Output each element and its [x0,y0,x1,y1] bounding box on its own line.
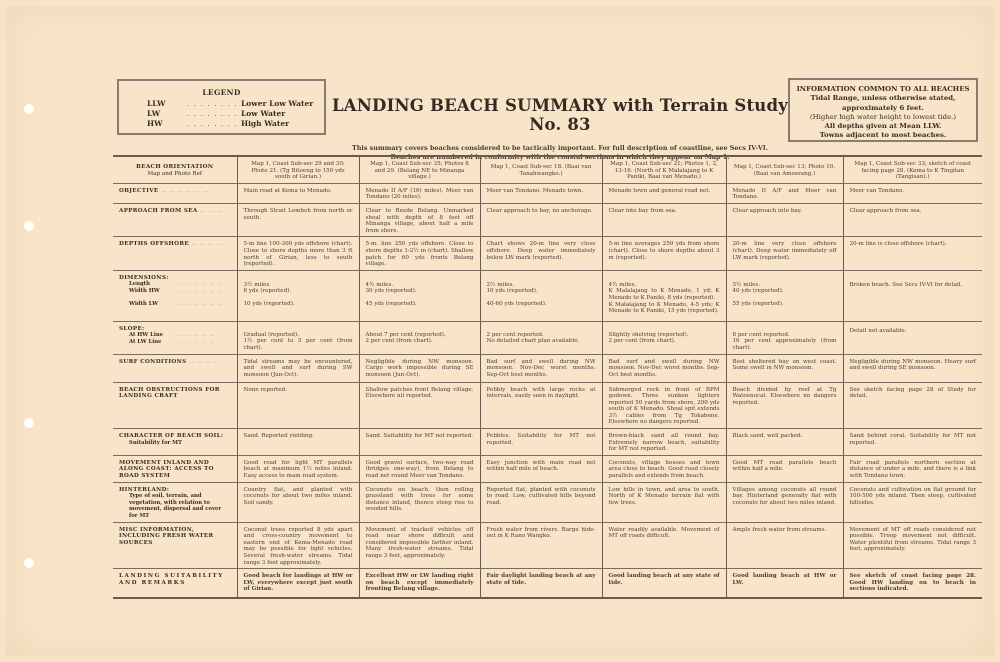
table-cell: Sand. Reported yielding. [237,429,359,456]
table-cell: Clear approach to bay, no anchorage. [480,203,602,236]
table-cell: Excellent HW or LW landing right on beac… [359,569,480,598]
table-cell: Menado II A/F and Meer van Tondano. [726,183,843,203]
table-cell: Country flat, and planted with coconuts … [237,482,359,522]
column-header: Map 1, Coast Sub-sec 29 and 30; Photo 21… [237,156,359,183]
table-cell: Detail not available. [843,321,982,354]
table-cell: 5-m line averages 250 yds from shore (ch… [602,237,726,270]
table-row-landing: LANDING SUITABILITY AND REMARKS Good bea… [113,569,982,598]
table-cell: Clear into bay from sea. [602,203,726,236]
table-cell: Good road for light MT parallels beach a… [237,455,359,482]
column-header: Map 1, Coast Sub-sec 35; Photos 8 and 29… [359,156,480,183]
table-cell: Good landing beach at HW or LW. [726,569,843,598]
table-cell: Tidal streams may be encountered, and sw… [237,354,359,382]
table-row-misc: MISC INFORMATION, INCLUDING FRESH WATER … [113,522,982,569]
table-cell: Fair daylight landing beach at any state… [480,569,602,598]
table-row-approach: APPROACH FROM SEA .. .. .. Through Strai… [113,203,982,236]
title-block: LANDING BEACH SUMMARY with Terrain Study… [330,96,790,162]
table-row-slope: SLOPE: At HW Line.. .. .. .. .. At LW Li… [113,321,982,354]
table-cell: Bad surf and swell during NW monsoon. No… [602,354,726,382]
legend-dots: . . . . . . . . [187,99,241,109]
info-title: INFORMATION COMMON TO ALL BEACHES [790,85,976,94]
table-cell: Chart shows 20-m line very close offshor… [480,237,602,270]
table-cell: 2 per cent reported.No detailed chart pl… [480,321,602,354]
table-row-objective: OBJECTIVE .. .. .. .. .. .. Main road at… [113,183,982,203]
table-cell: Negligible during NW monsoon. Heavy surf… [843,354,982,382]
table-cell: None reported. [237,382,359,429]
table-cell: Gradual (reported).1½ per cent to 5 per … [237,321,359,354]
legend-title: LEGEND [119,88,324,97]
row-label: APPROACH FROM SEA .. .. .. [113,203,237,236]
table-cell: 5½ miles.40 yds (reported).55 yds (repor… [726,270,843,321]
info-line: (Higher high water height to lowest tide… [790,113,976,122]
column-header: Map 1, Coast Sub-sec 33; sketch of coast… [843,156,982,183]
row-label: HINTERLAND:Type of soil, terrain, and ve… [113,482,237,522]
table-row-surf: SURF CONDITIONS .. .. .. .. Tidal stream… [113,354,982,382]
table-cell: Sand behind coral. Suitability for MT no… [843,429,982,456]
table-cell: Good beach for landings at HW or LW, eve… [237,569,359,598]
table-row-dimensions: DIMENSIONS: Length.. .. .. .. .. .. Widt… [113,270,982,321]
beach-summary-table: BEACH ORIENTATION Map and Photo Ref Map … [113,155,982,599]
table-cell: See sketch facing page 28 of Study for d… [843,382,982,429]
table-cell: Coconuts on beach, then rolling grasslan… [359,482,480,522]
table-cell: Good MT road parallels beach within half… [726,455,843,482]
table-cell: Menado town and general road net. [602,183,726,203]
table-cell: Meer van Tondano. [843,183,982,203]
binder-hole [24,221,34,231]
table-cell: Reported flat, planted with coconuts to … [480,482,602,522]
table-cell: 20-m line very close offshore (chart). D… [726,237,843,270]
legend-abbr: HW [147,119,187,129]
row-label: OBJECTIVE .. .. .. .. .. .. [113,183,237,203]
table-cell: Menado II A/F (16) miles). Meer van Tond… [359,183,480,203]
label-sub: Map and Photo Ref [119,171,231,178]
row-label: BEACH ORIENTATION Map and Photo Ref [113,156,237,183]
table-cell: Slightly shelving (reported).2 per cent … [602,321,726,354]
table-cell: 20-m line is close offshore (chart). [843,237,982,270]
table-row-movement: MOVEMENT INLAND AND ALONG COAST: ACCESS … [113,455,982,482]
legend-box: LEGEND LLW . . . . . . . . Lower Low Wat… [117,79,326,135]
row-label: LANDING SUITABILITY AND REMARKS [113,569,237,598]
legend-meaning: High Water [241,119,289,129]
table-cell: Villages among coconuts all round bay. H… [726,482,843,522]
table-cell: Shallow patches front Belang village. El… [359,382,480,429]
binder-hole [24,104,34,114]
table-row-soil: CHARACTER OF BEACH SOIL:Suitability for … [113,429,982,456]
row-label: DIMENSIONS: Length.. .. .. .. .. .. Widt… [113,270,237,321]
table-cell: Movement of MT off roads considered not … [843,522,982,569]
info-line: approximately 6 feet. [790,104,976,113]
row-label: CHARACTER OF BEACH SOIL:Suitability for … [113,429,237,456]
row-label: DEPTHS OFFSHORE .. .. .. .. [113,237,237,270]
legend-meaning: Low Water [241,109,285,119]
table-cell: Good gravel surface, two-way road (bridg… [359,455,480,482]
table-cell: Main road at Kema to Menado. [237,183,359,203]
table-cell: Clear to Reede Belang. Unmarked shoal wi… [359,203,480,236]
table-cell: Submerged rock in front of BPM godown. T… [602,382,726,429]
table-cell: About 7 per cent (reported).2 per cent (… [359,321,480,354]
legend-abbr: LW [147,109,187,119]
table-row-hinterland: HINTERLAND:Type of soil, terrain, and ve… [113,482,982,522]
legend-meaning: Lower Low Water [241,99,313,109]
table-cell: Fresh water from rivers. Barge hide-out … [480,522,602,569]
table-cell: 3½ miles6 yds (reported).10 yds (reporte… [237,270,359,321]
column-header: Map 1, Coast Sub-sec 13; Photo 10. (Baai… [726,156,843,183]
table-cell: Meer van Tondano. Menado town. [480,183,602,203]
info-common-box: INFORMATION COMMON TO ALL BEACHES Tidal … [788,78,978,142]
table-cell: Easy junction with main road net within … [480,455,602,482]
table-cell: Brown-black sand all round bay. Extremel… [602,429,726,456]
table-cell: Beach divided by reef at Tg Watoenocal. … [726,382,843,429]
table-cell: Low hills in town, and area to south. No… [602,482,726,522]
row-label: SURF CONDITIONS .. .. .. .. [113,354,237,382]
binder-hole [24,558,34,568]
table-cell: Fair road parallels northern section at … [843,455,982,482]
row-label: BEACH OBSTRUCTIONS FOR LANDING CRAFT [113,382,237,429]
legend-entry: LW . . . . . . . . Low Water [119,109,324,119]
label-main: BEACH ORIENTATION [119,164,231,171]
table-cell: Pebbles. Suitability for MT not reported… [480,429,602,456]
table-cell: Coconut trees reported 8 yds apart and c… [237,522,359,569]
table-cell: Broken beach. See Secs IV-VI for detail. [843,270,982,321]
row-label: SLOPE: At HW Line.. .. .. .. .. At LW Li… [113,321,237,354]
table-cell: See sketch of coast facing page 28. Good… [843,569,982,598]
subtitle-line: This summary covers beaches considered t… [330,144,790,153]
table-cell: Best sheltered bay on west coast. Some s… [726,354,843,382]
row-label: MOVEMENT INLAND AND ALONG COAST: ACCESS … [113,455,237,482]
table-cell: 4½ miles.30 yds (reported).45 yds (repor… [359,270,480,321]
table-row-depths: DEPTHS OFFSHORE .. .. .. .. 5-m line 100… [113,237,982,270]
info-line: Towns adjacent to most beaches. [790,131,976,140]
column-header: Map 1, Coast Sub-sec 18. (Baai van Tanah… [480,156,602,183]
table-cell: 4½ miles.K Malalajang to K Menado, 1 yd;… [602,270,726,321]
table-cell: 2½ miles.10 yds (reported).40-60 yds (re… [480,270,602,321]
legend-entry: HW . . . . . . . . High Water [119,119,324,129]
table-cell: 5-m. line 250 yds offshore. Close to sho… [359,237,480,270]
row-label: MISC INFORMATION, INCLUDING FRESH WATER … [113,522,237,569]
table-cell: Coconuts, village houses and town area c… [602,455,726,482]
legend-dots: . . . . . . . . [187,109,241,119]
table-header-row: BEACH ORIENTATION Map and Photo Ref Map … [113,156,982,183]
binder-hole [24,418,34,428]
table-cell: 8 per cent reported.16 per cent approxim… [726,321,843,354]
table-cell: Water readily available. Movement of MT … [602,522,726,569]
legend-entry: LLW . . . . . . . . Lower Low Water [119,99,324,109]
info-line: Tidal Range, unless otherwise stated, [790,94,976,103]
info-line: All depths given at Mean LLW. [790,122,976,131]
legend-dots: . . . . . . . . [187,119,241,129]
table-cell: 5-m line 100-300 yds offshore (chart). C… [237,237,359,270]
table-cell: Through Strait Lembeh from north or sout… [237,203,359,236]
table-cell: Black sand, well packed. [726,429,843,456]
table-cell: Coconuts and cultivation on flat ground … [843,482,982,522]
table-cell: Bad surf and swell during NW monsoon. No… [480,354,602,382]
table-cell: Good landing beach at any state of tide. [602,569,726,598]
page-title: LANDING BEACH SUMMARY with Terrain Study… [330,96,790,134]
table-cell: Negligible during NW monsoon. Cargo work… [359,354,480,382]
table-cell: Clear approach into bay. [726,203,843,236]
table-cell: Ample fresh water from streams. [726,522,843,569]
legend-abbr: LLW [147,99,187,109]
column-header: Map 1, Coast Sub-sec 21; Photos 1, 2, 13… [602,156,726,183]
table-cell: Clear approach from sea. [843,203,982,236]
table-row-obstructions: BEACH OBSTRUCTIONS FOR LANDING CRAFT Non… [113,382,982,429]
table-cell: Movement of tracked vehicles off road ne… [359,522,480,569]
table-cell: Sand. Suitability for MT not reported. [359,429,480,456]
table-cell: Pebbly beach with large rocks at interva… [480,382,602,429]
